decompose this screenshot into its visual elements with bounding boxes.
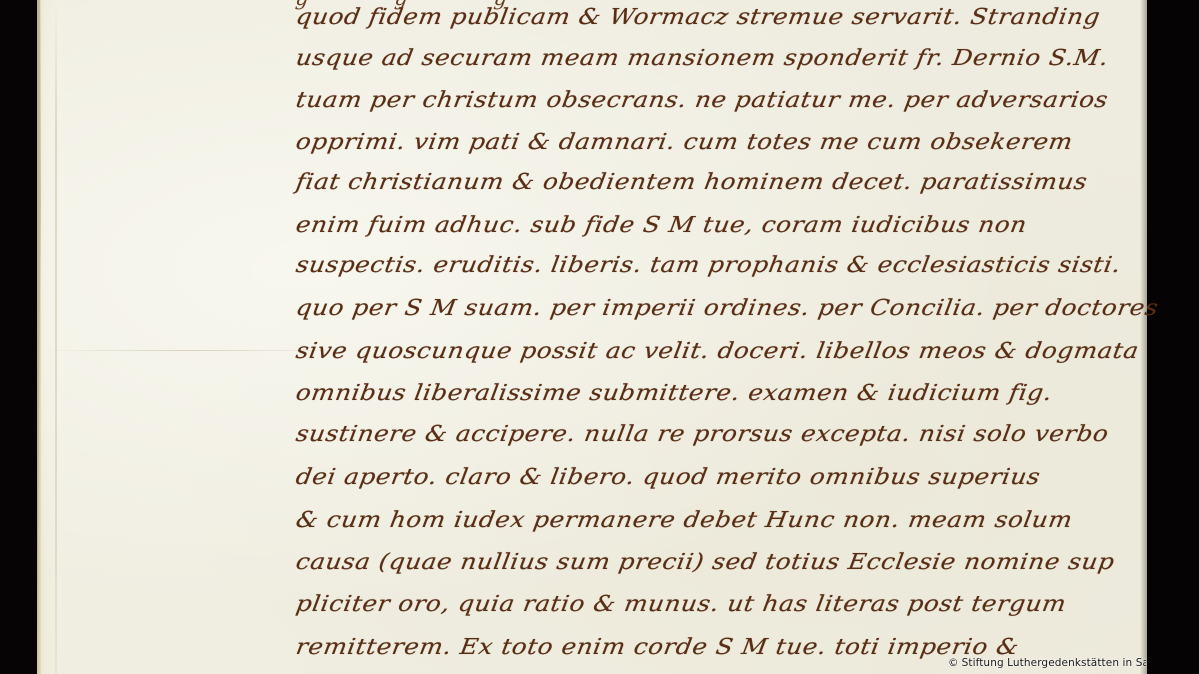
copyright-icon: © bbox=[948, 657, 959, 669]
photo-stage: g g g quod fidem publicam & Wormacz stre… bbox=[0, 0, 1199, 674]
watermark-clip: ©Stiftung Luthergedenkstätten in Sachs bbox=[0, 0, 1146, 674]
copyright-watermark: ©Stiftung Luthergedenkstätten in Sachs bbox=[948, 657, 1146, 669]
right-background-border bbox=[1146, 0, 1199, 674]
copyright-text: Stiftung Luthergedenkstätten in Sachs bbox=[962, 657, 1146, 669]
